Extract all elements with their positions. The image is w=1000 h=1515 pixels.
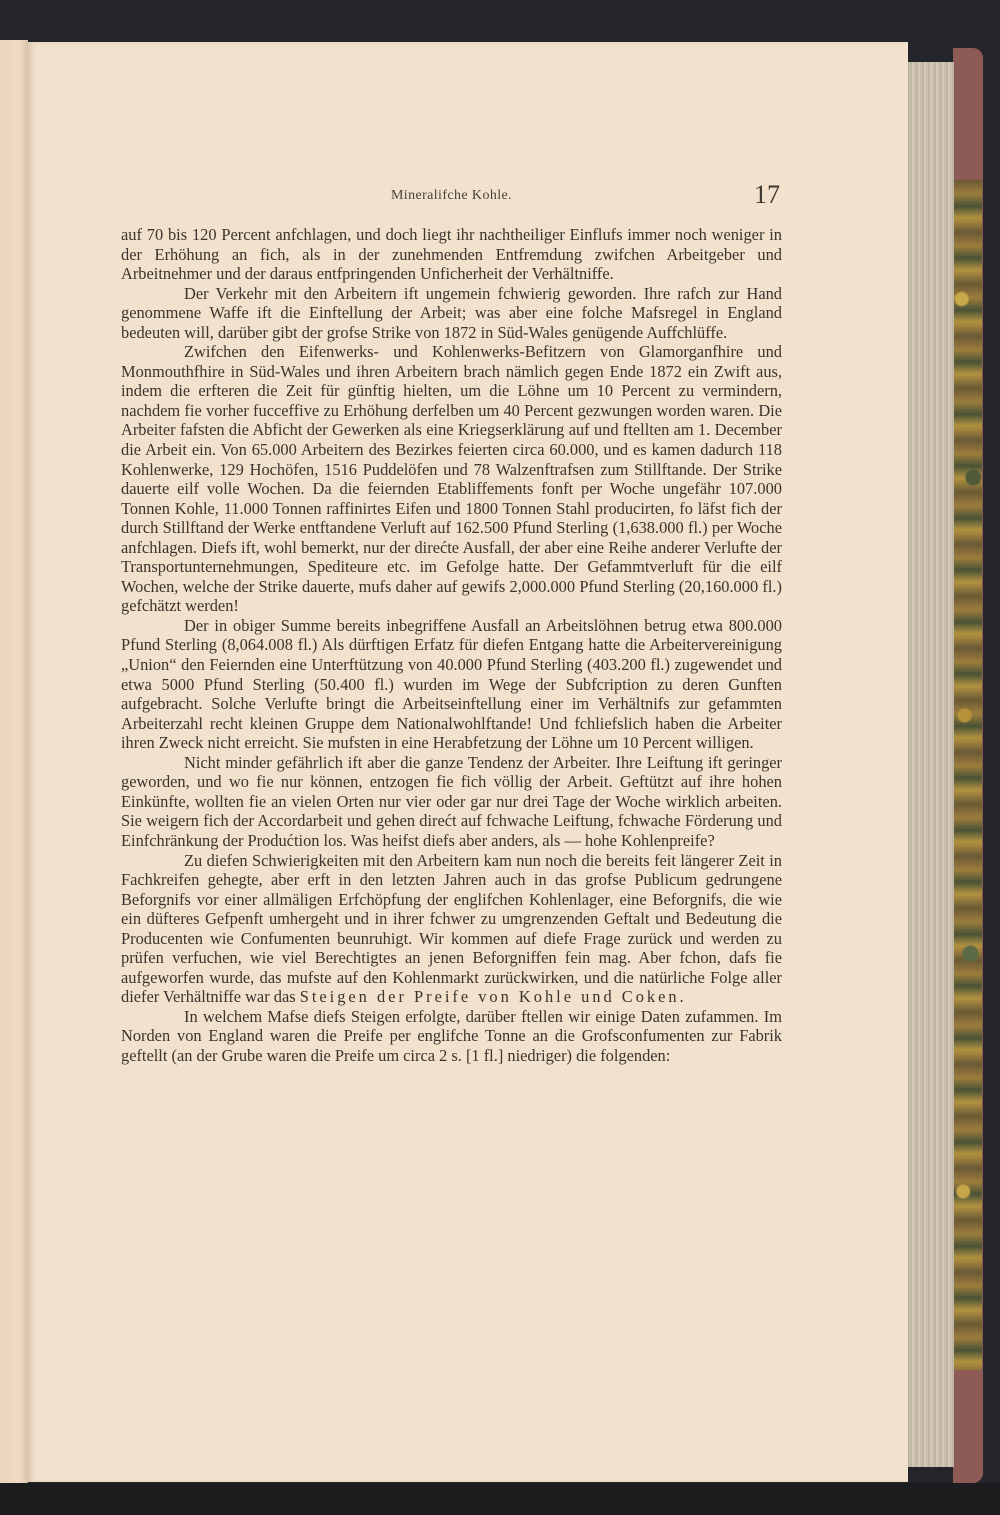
paragraph: Der in obiger Summe bereits inbegriffene… [121, 616, 782, 753]
paragraph: Nicht minder gefährlich ift aber die gan… [121, 753, 782, 851]
page-number: 17 [754, 180, 780, 210]
left-page-edge [0, 40, 28, 1483]
body-text: auf 70 bis 120 Percent anfchlagen, und d… [121, 225, 782, 1066]
page-stack-edge [908, 62, 954, 1467]
paragraph-text: Zu diefen Schwierigkeiten mit den Arbeit… [121, 851, 782, 1007]
scan-background-bottom [0, 1483, 1000, 1515]
emphasized-phrase: Steigen der Preife von Kohle und Coken. [300, 987, 687, 1006]
marbled-cover-edge [953, 180, 982, 1370]
paragraph: Der Verkehr mit den Arbeitern ift ungeme… [121, 284, 782, 343]
paragraph: Zu diefen Schwierigkeiten mit den Arbeit… [121, 851, 782, 1007]
paragraph: Zwifchen den Eifenwerks- und Kohlenwerks… [121, 342, 782, 616]
page-header: Mineralifche Kohle. 17 [121, 180, 782, 214]
paragraph: auf 70 bis 120 Percent anfchlagen, und d… [121, 225, 782, 284]
running-title: Mineralifche Kohle. [121, 188, 782, 204]
paragraph: In welchem Mafse diefs Steigen erfolgte,… [121, 1007, 782, 1066]
scan-background-top [0, 0, 1000, 40]
